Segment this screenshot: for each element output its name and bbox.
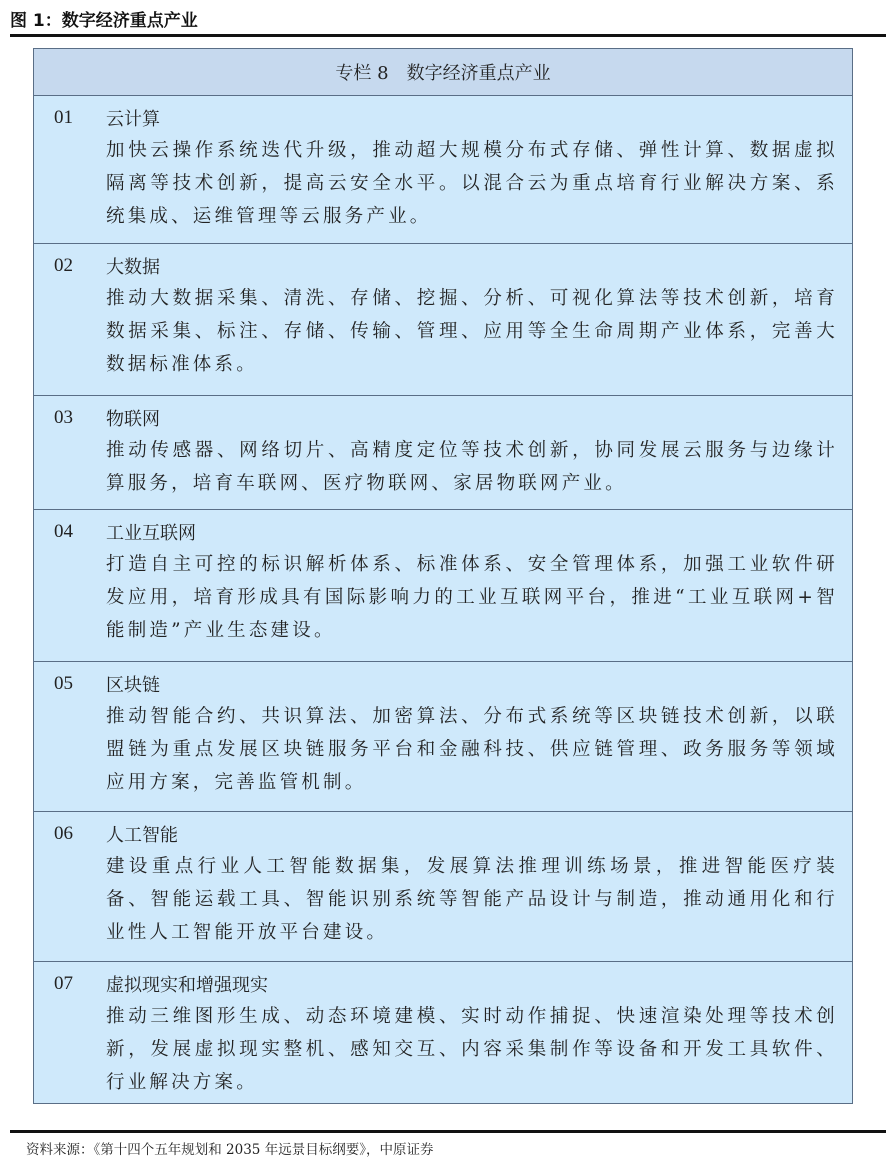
section-title: 人工智能 bbox=[106, 821, 178, 847]
section-number: 01 bbox=[54, 107, 106, 129]
section-title: 工业互联网 bbox=[106, 519, 196, 545]
section-big-data: 02大数据 推动大数据采集、清洗、存储、挖掘、分析、可视化算法等技术创新，培育数… bbox=[34, 244, 852, 396]
section-body: 推动大数据采集、清洗、存储、挖掘、分析、可视化算法等技术创新，培育数据采集、标注… bbox=[106, 282, 838, 381]
section-industrial-internet: 04工业互联网 打造自主可控的标识解析体系、标准体系、安全管理体系，加强工业软件… bbox=[34, 510, 852, 662]
section-body: 推动智能合约、共识算法、加密算法、分布式系统等区块链技术创新，以联盟链为重点发展… bbox=[106, 700, 838, 799]
box-header: 专栏 8 数字经济重点产业 bbox=[34, 49, 852, 96]
section-title: 区块链 bbox=[106, 671, 160, 697]
section-body: 加快云操作系统迭代升级，推动超大规模分布式存储、弹性计算、数据虚拟隔离等技术创新… bbox=[106, 134, 838, 233]
section-title: 物联网 bbox=[106, 405, 160, 431]
figure-title: 图 1：数字经济重点产业 bbox=[10, 6, 198, 31]
section-body: 打造自主可控的标识解析体系、标准体系、安全管理体系，加强工业软件研发应用，培育形… bbox=[106, 548, 838, 647]
section-body: 建设重点行业人工智能数据集，发展算法推理训练场景，推进智能医疗装备、智能运载工具… bbox=[106, 850, 838, 949]
section-number: 02 bbox=[54, 255, 106, 277]
section-body: 推动传感器、网络切片、高精度定位等技术创新，协同发展云服务与边缘计算服务，培育车… bbox=[106, 434, 838, 500]
section-number: 06 bbox=[54, 823, 106, 845]
section-number: 05 bbox=[54, 673, 106, 695]
section-blockchain: 05区块链 推动智能合约、共识算法、加密算法、分布式系统等区块链技术创新，以联盟… bbox=[34, 662, 852, 812]
section-number: 07 bbox=[54, 973, 106, 995]
column-box: 专栏 8 数字经济重点产业 01云计算 加快云操作系统迭代升级，推动超大规模分布… bbox=[33, 48, 853, 1104]
section-body: 推动三维图形生成、动态环境建模、实时动作捕捉、快速渲染处理等技术创新，发展虚拟现… bbox=[106, 1000, 838, 1099]
section-number: 04 bbox=[54, 521, 106, 543]
section-cloud-computing: 01云计算 加快云操作系统迭代升级，推动超大规模分布式存储、弹性计算、数据虚拟隔… bbox=[34, 96, 852, 244]
bottom-divider bbox=[10, 1130, 886, 1133]
top-divider bbox=[10, 34, 886, 37]
section-title: 云计算 bbox=[106, 105, 160, 131]
section-title: 大数据 bbox=[106, 253, 160, 279]
section-vr-ar: 07虚拟现实和增强现实 推动三维图形生成、动态环境建模、实时动作捕捉、快速渲染处… bbox=[34, 962, 852, 1103]
section-title: 虚拟现实和增强现实 bbox=[106, 971, 268, 997]
source-note: 资料来源：《第十四个五年规划和 2035 年远景目标纲要》，中原证券 bbox=[26, 1138, 433, 1158]
section-number: 03 bbox=[54, 407, 106, 429]
section-artificial-intelligence: 06人工智能 建设重点行业人工智能数据集，发展算法推理训练场景，推进智能医疗装备… bbox=[34, 812, 852, 962]
section-iot: 03物联网 推动传感器、网络切片、高精度定位等技术创新，协同发展云服务与边缘计算… bbox=[34, 396, 852, 510]
